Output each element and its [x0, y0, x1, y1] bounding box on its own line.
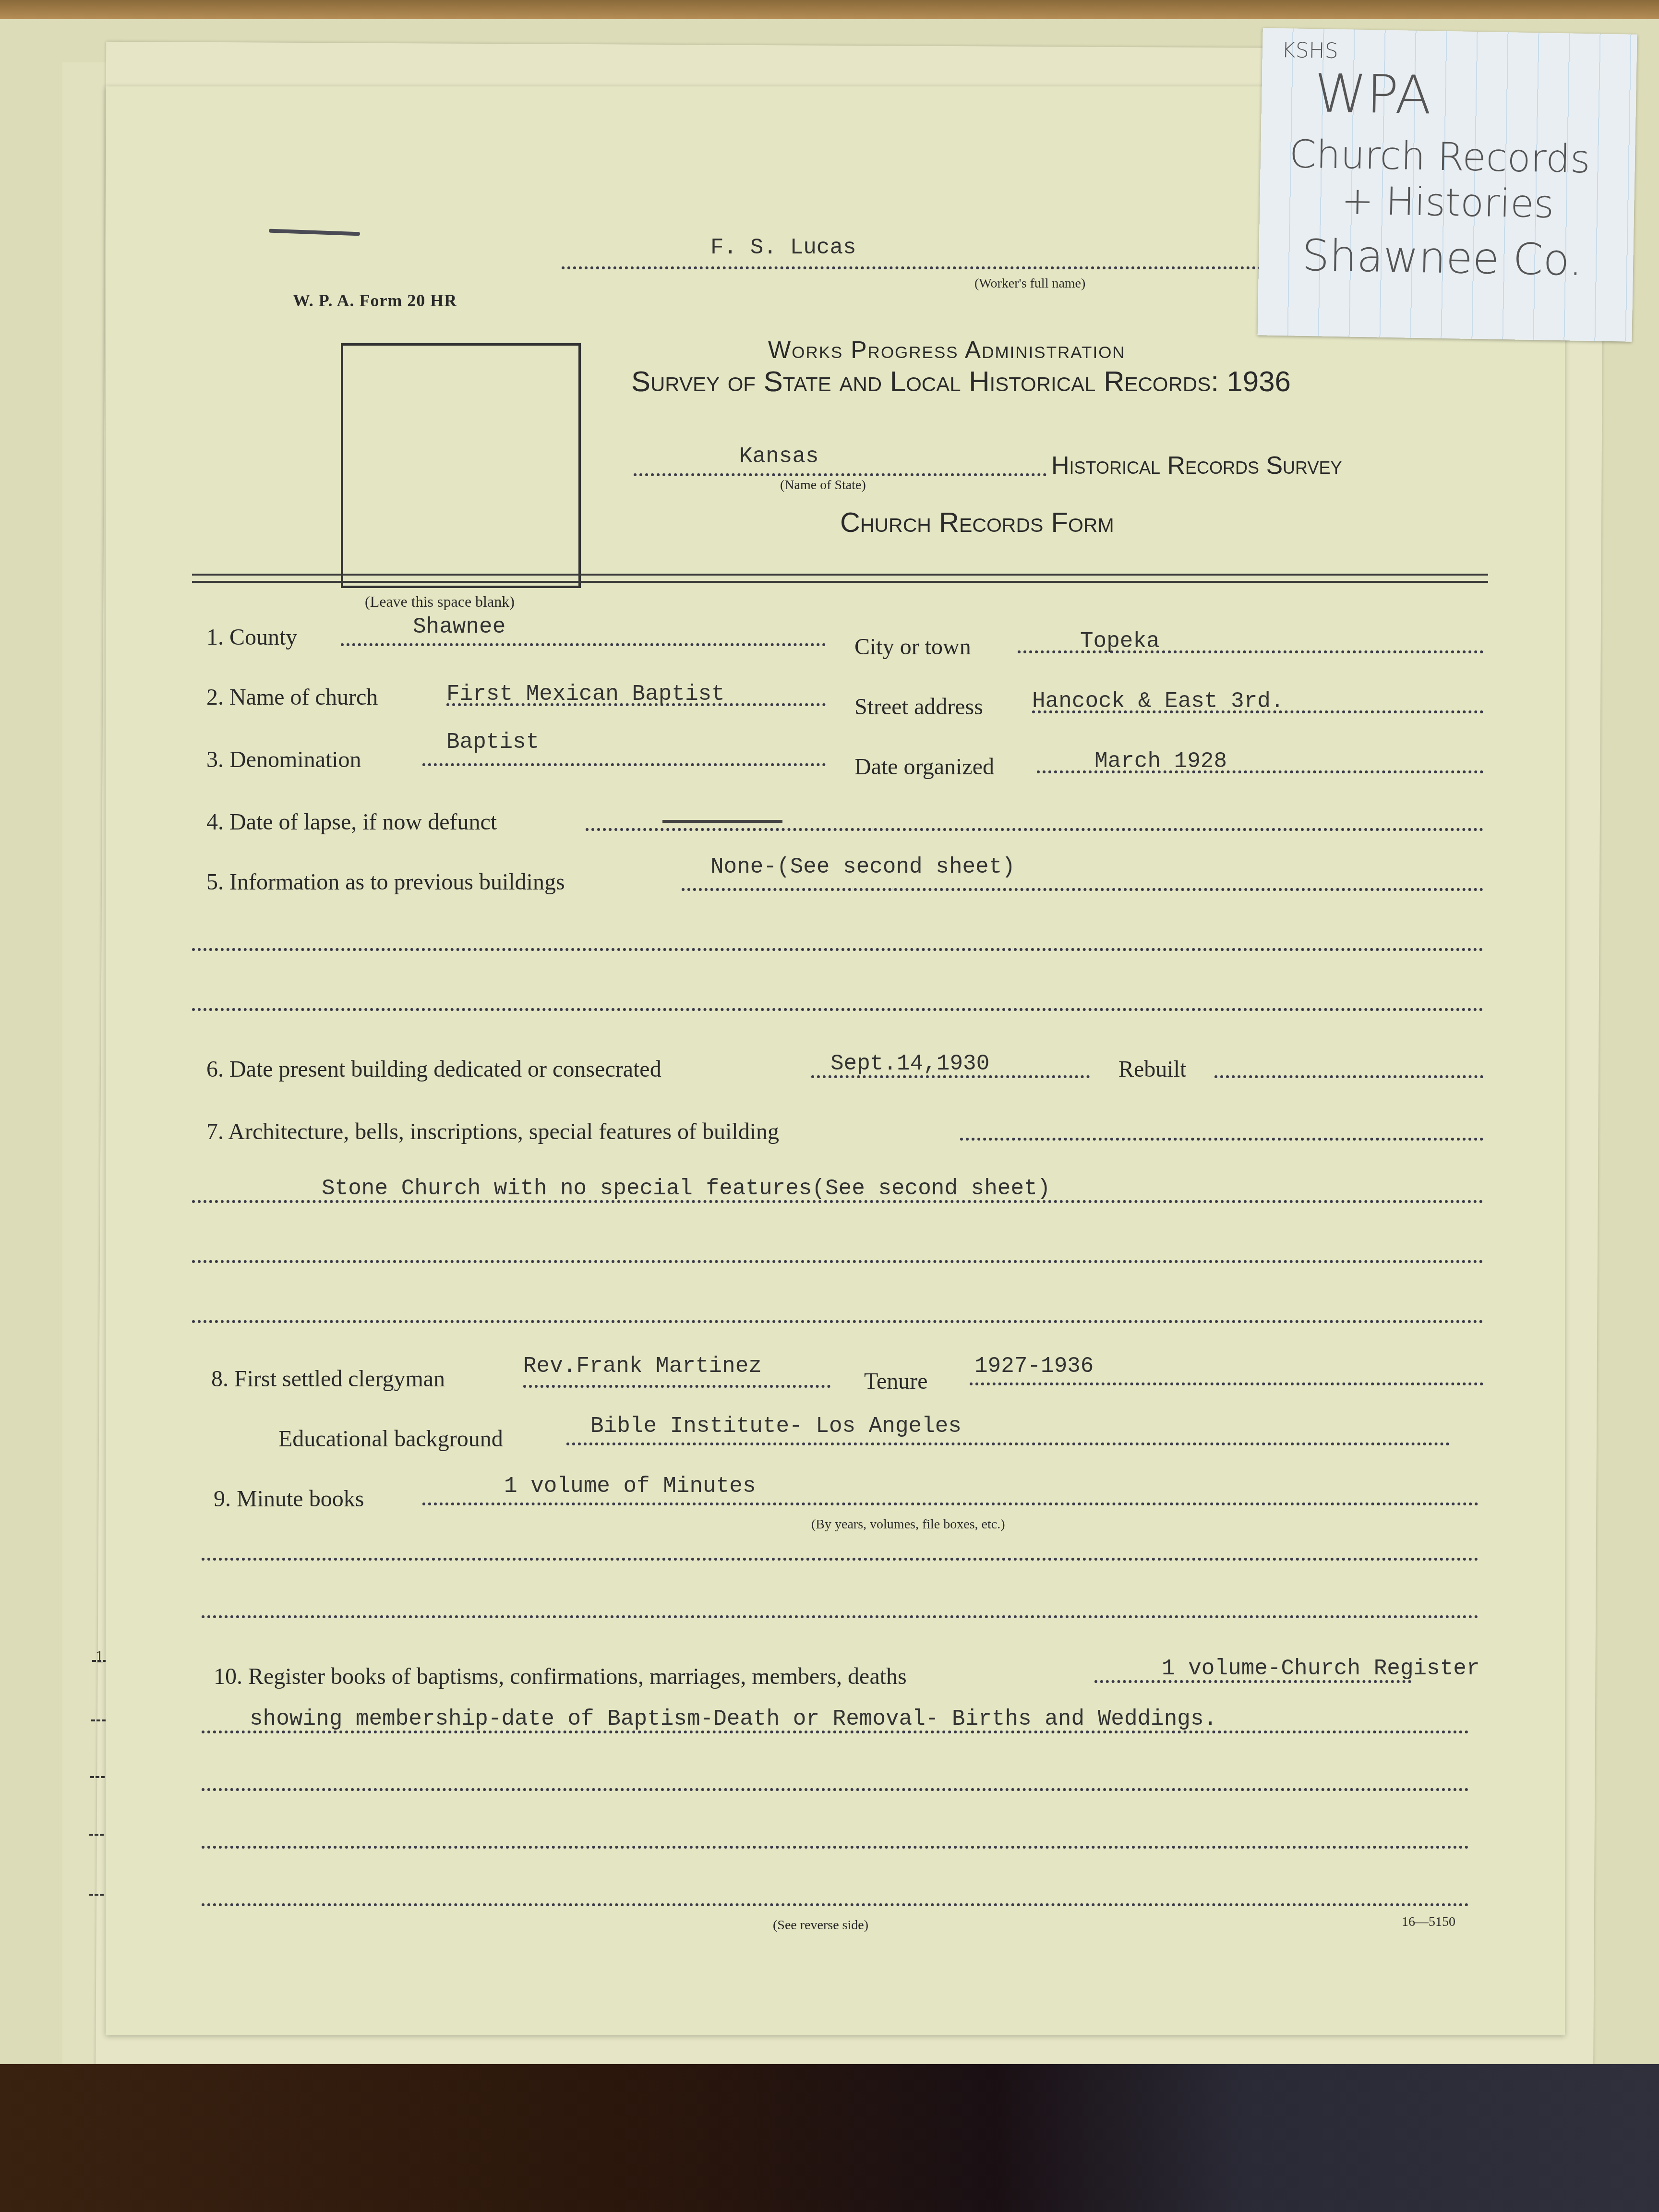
note-line-wpa: WPA: [1314, 62, 1432, 126]
previous-buildings-value: None-(See second sheet): [710, 854, 1015, 879]
minute-books-caption: (By years, volumes, file boxes, etc.): [811, 1517, 1005, 1532]
desk-surface: [0, 2064, 1659, 2212]
survey-title: Survey of State and Local Historical Rec…: [631, 365, 1291, 398]
date-organized-label: Date organized: [854, 754, 994, 780]
margin-dash: [89, 1894, 104, 1896]
architecture-value: Stone Church with no special features(Se…: [322, 1176, 1050, 1201]
staple: [269, 229, 360, 236]
date-dedicated-value: Sept.14,1930: [830, 1051, 989, 1076]
street-value: Hancock & East 3rd.: [1032, 689, 1284, 714]
divider-rule: [192, 581, 1488, 583]
form-title: Church Records Form: [840, 506, 1114, 539]
survey-suffix: Historical Records Survey: [1051, 451, 1342, 480]
agency-title: Works Progress Administration: [768, 336, 1126, 364]
state-line: [634, 466, 1046, 476]
education-field[interactable]: [566, 1443, 1450, 1445]
clergyman-value: Rev.Frank Martinez: [523, 1354, 762, 1379]
photo-box-caption: (Leave this space blank): [365, 593, 515, 611]
tenure-field[interactable]: [970, 1382, 1483, 1385]
register-books-line-5[interactable]: [202, 1903, 1469, 1906]
architecture-line-4[interactable]: [192, 1320, 1483, 1323]
denomination-label: 3. Denomination: [206, 746, 361, 773]
previous-buildings-line-3[interactable]: [192, 1008, 1483, 1011]
margin-dash: [91, 1719, 106, 1721]
clergyman-field[interactable]: [523, 1385, 830, 1388]
church-name-value: First Mexican Baptist: [446, 682, 725, 707]
education-value: Bible Institute- Los Angeles: [590, 1414, 962, 1439]
register-books-label: 10. Register books of baptisms, confirma…: [214, 1663, 907, 1690]
architecture-line-2[interactable]: [192, 1200, 1483, 1203]
date-lapse-label: 4. Date of lapse, if now defunct: [206, 809, 497, 835]
tenure-value: 1927-1936: [974, 1354, 1094, 1379]
worker-name-caption: (Worker's full name): [974, 276, 1085, 291]
register-books-line-2[interactable]: [202, 1731, 1469, 1733]
register-books-line-4[interactable]: [202, 1846, 1469, 1849]
church-name-label: 2. Name of church: [206, 684, 378, 710]
worker-name-line: [562, 257, 1354, 269]
margin-dash: [89, 1834, 104, 1836]
see-reverse-note: (See reverse side): [773, 1918, 868, 1933]
state-value: Kansas: [739, 444, 819, 469]
register-books-line-3[interactable]: [202, 1788, 1469, 1791]
note-line-church-records: Church Records: [1289, 132, 1590, 181]
margin-dash: [90, 1776, 105, 1778]
worker-name-value: F. S. Lucas: [710, 235, 856, 260]
rebuilt-field[interactable]: [1214, 1075, 1483, 1078]
form-number: W. P. A. Form 20 HR: [293, 290, 457, 311]
tenure-label: Tenure: [864, 1368, 928, 1395]
date-lapse-dash: [662, 820, 782, 823]
street-label: Street address: [854, 694, 983, 720]
denomination-field[interactable]: [422, 763, 826, 766]
architecture-line-3[interactable]: [192, 1260, 1483, 1263]
divider-rule: [192, 574, 1488, 576]
city-value: Topeka: [1080, 629, 1160, 654]
handwritten-note-card: KSHS WPA Church Records + Histories Shaw…: [1257, 28, 1637, 342]
previous-buildings-line-2[interactable]: [192, 948, 1483, 951]
minute-books-line-2[interactable]: [202, 1558, 1479, 1561]
register-books-continuation: showing membership-date of Baptism-Death…: [250, 1707, 1217, 1731]
denomination-value: Baptist: [446, 730, 539, 755]
state-caption: (Name of State): [780, 478, 866, 493]
county-label: 1. County: [206, 624, 297, 650]
margin-mark: 1: [95, 1647, 104, 1667]
date-dedicated-label: 6. Date present building dedicated or co…: [206, 1056, 661, 1082]
architecture-label: 7. Architecture, bells, inscriptions, sp…: [206, 1118, 779, 1145]
county-value: Shawnee: [413, 614, 505, 639]
desk-edge: [0, 0, 1659, 19]
date-organized-value: March 1928: [1094, 749, 1227, 774]
previous-buildings-field[interactable]: [682, 888, 1483, 891]
register-books-value: 1 volume-Church Register: [1162, 1656, 1480, 1681]
margin-dash: [92, 1660, 107, 1662]
note-line-kshs: KSHS: [1281, 38, 1338, 63]
county-field[interactable]: [341, 643, 826, 646]
clergyman-label: 8. First settled clergyman: [211, 1366, 445, 1392]
church-records-form: W. P. A. Form 20 HR (Leave this space bl…: [106, 86, 1565, 2035]
rebuilt-label: Rebuilt: [1118, 1056, 1186, 1082]
minute-books-value: 1 volume of Minutes: [504, 1474, 756, 1499]
education-label: Educational background: [278, 1426, 503, 1452]
city-label: City or town: [854, 634, 971, 660]
minute-books-field[interactable]: [422, 1503, 1479, 1505]
previous-buildings-label: 5. Information as to previous buildings: [206, 869, 565, 895]
date-lapse-field[interactable]: [586, 828, 1483, 831]
minute-books-label: 9. Minute books: [214, 1486, 364, 1512]
form-code: 16—5150: [1402, 1914, 1455, 1930]
architecture-field[interactable]: [960, 1138, 1483, 1141]
photo-box: [341, 343, 581, 588]
minute-books-line-3[interactable]: [202, 1615, 1479, 1618]
note-line-histories: + Histories: [1341, 178, 1554, 227]
note-line-shawnee-co: Shawnee Co.: [1301, 230, 1583, 286]
